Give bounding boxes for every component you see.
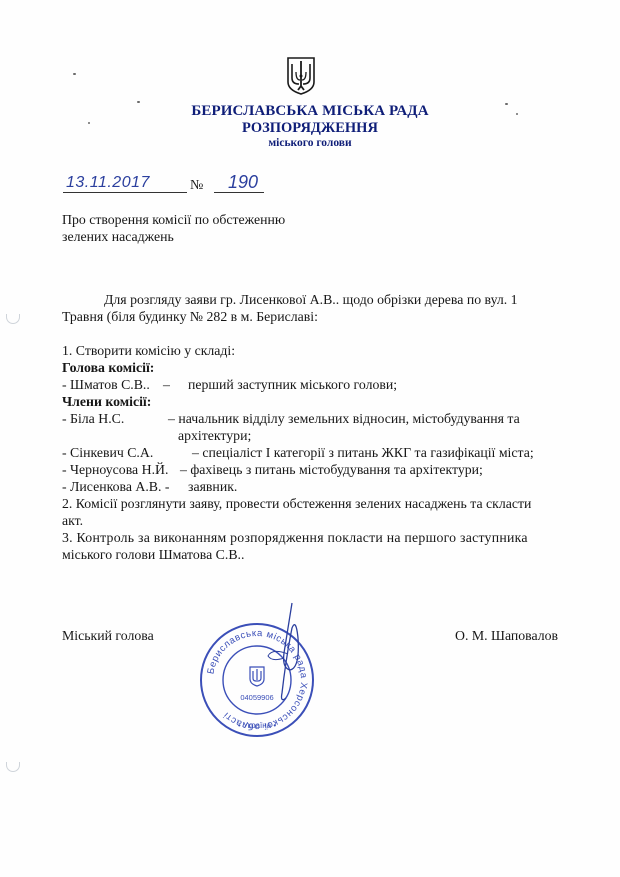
- member-role: – начальник відділу земельних відносин, …: [168, 410, 520, 427]
- subject-line-1: Про створення комісії по обстеженню: [62, 211, 285, 228]
- scan-speck: [505, 103, 508, 105]
- chair-role: перший заступник міського голови;: [188, 376, 397, 393]
- item-2-line-1: 2. Комісії розглянути заяву, провести об…: [62, 495, 531, 512]
- chair-dash: –: [163, 376, 170, 393]
- handwritten-signature: [262, 598, 342, 708]
- signatory-position: Міський голова: [62, 627, 154, 644]
- member-role-cont: архітектури;: [178, 427, 251, 444]
- item-1: 1. Створити комісію у складі:: [62, 342, 235, 359]
- signatory-name: О. М. Шаповалов: [455, 627, 558, 644]
- item-3-line-1: 3. Контроль за виконанням розпорядження …: [62, 529, 528, 546]
- member-name: - Біла Н.С.: [62, 410, 124, 427]
- scan-speck: [73, 73, 76, 75]
- document-date: 13.11.2017: [66, 174, 150, 192]
- member-name: - Лисенкова А.В. -: [62, 478, 170, 495]
- subject-line-2: зелених насаджень: [62, 228, 174, 245]
- punch-hole-mark: [6, 762, 20, 772]
- number-underline: [214, 192, 264, 193]
- number-sign: №: [190, 178, 203, 194]
- preamble-line-2: Травня (біля будинку № 282 в м. Берислав…: [62, 308, 318, 325]
- item-3-line-2: міського голови Шматова С.В..: [62, 546, 244, 563]
- scan-speck: [88, 122, 90, 124]
- member-name: - Сінкевич С.А.: [62, 444, 153, 461]
- svg-text:• Україна •: • Україна •: [238, 721, 276, 730]
- document-type: РОЗПОРЯДЖЕННЯ: [140, 120, 480, 137]
- punch-hole-mark: [6, 314, 20, 324]
- item-2-line-2: акт.: [62, 512, 83, 529]
- issuer-title: міського голови: [140, 137, 480, 149]
- chair-heading: Голова комісії:: [62, 359, 154, 376]
- date-underline: [63, 192, 187, 193]
- organization-name: БЕРИСЛАВСЬКА МІСЬКА РАДА: [140, 103, 480, 120]
- scan-speck: [516, 113, 518, 115]
- document-page: БЕРИСЛАВСЬКА МІСЬКА РАДА РОЗПОРЯДЖЕННЯ м…: [0, 0, 620, 877]
- members-heading: Члени комісії:: [62, 393, 151, 410]
- trident-emblem-icon: [286, 56, 316, 96]
- member-name: - Черноусова Н.Й.: [62, 461, 168, 478]
- preamble-line-1: Для розгляду заяви гр. Лисенкової А.В.. …: [104, 291, 518, 308]
- member-role: заявник.: [188, 478, 237, 495]
- chair-name: - Шматов С.В..: [62, 376, 150, 393]
- member-role: – спеціаліст І категорії з питань ЖКГ та…: [192, 444, 534, 461]
- document-number: 190: [228, 172, 258, 193]
- member-role: – фахівець з питань містобудування та ар…: [180, 461, 483, 478]
